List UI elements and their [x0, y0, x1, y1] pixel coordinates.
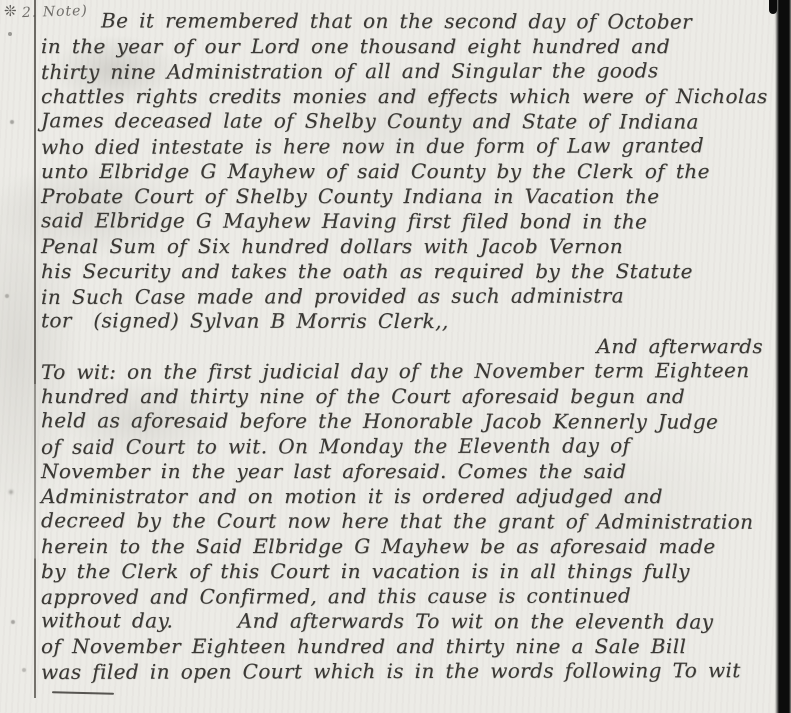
text-line: tor (signed) Sylvan B Morris Clerk,, — [41, 308, 775, 335]
ink-speck-marks — [8, 32, 12, 36]
text-line: his Security and takes the oath as requi… — [41, 259, 775, 284]
text-line: Be it remembered that on the second day … — [41, 8, 775, 35]
text-line: said Elbridge G Mayhew Having first file… — [41, 208, 775, 235]
text-line: To wit: on the first judicial day of the… — [41, 358, 775, 385]
text-line: approved and Confirmed, and this cause i… — [41, 583, 775, 610]
text-line: without day. And afterwards To wit on th… — [41, 608, 775, 635]
handwritten-text-block: Be it remembered that on the second day … — [41, 9, 775, 684]
text-line: of November Eighteen hundred and thirty … — [41, 634, 775, 659]
text-line: in the year of our Lord one thousand eig… — [41, 34, 775, 59]
scanned-document-page: ❊ 2. Note) Be it remembered that on the … — [0, 0, 791, 713]
text-line: of said Court to wit. On Monday the Elev… — [41, 433, 775, 460]
text-line: in Such Case made and provided as such a… — [41, 283, 775, 310]
text-line-and-afterwards: And afterwards — [41, 334, 775, 359]
asterisk-mark-icon: ❊ — [4, 2, 17, 20]
text-line: Probate Court of Shelby County Indiana i… — [41, 184, 775, 209]
text-line: James deceased late of Shelby County and… — [41, 108, 775, 135]
text-line: Penal Sum of Six hundred dollars with Ja… — [41, 234, 775, 259]
text-line: who died intestate is here now in due fo… — [41, 133, 775, 160]
text-line: by the Clerk of this Court in vacation i… — [41, 559, 775, 584]
text-line: held as aforesaid before the Honorable J… — [41, 408, 775, 435]
pen-underline-stroke — [52, 691, 114, 695]
text-line: hundred and thirty nine of the Court afo… — [41, 384, 775, 409]
text-line: was filed in open Court which is in the … — [41, 658, 775, 685]
margin-rule-line — [34, 0, 36, 698]
text-line: thirty nine Administration of all and Si… — [41, 58, 775, 85]
text-line: chattles rights credits monies and effec… — [41, 84, 775, 109]
text-line: Administrator and on motion it is ordere… — [41, 484, 775, 509]
page-edge-binding-band — [775, 0, 791, 713]
text-line: November in the year last aforesaid. Com… — [41, 459, 775, 484]
text-line: unto Elbridge G Mayhew of said County by… — [41, 159, 775, 184]
text-line: herein to the Said Elbridge G Mayhew be … — [41, 534, 775, 559]
text-line: decreed by the Court now here that the g… — [41, 508, 775, 535]
